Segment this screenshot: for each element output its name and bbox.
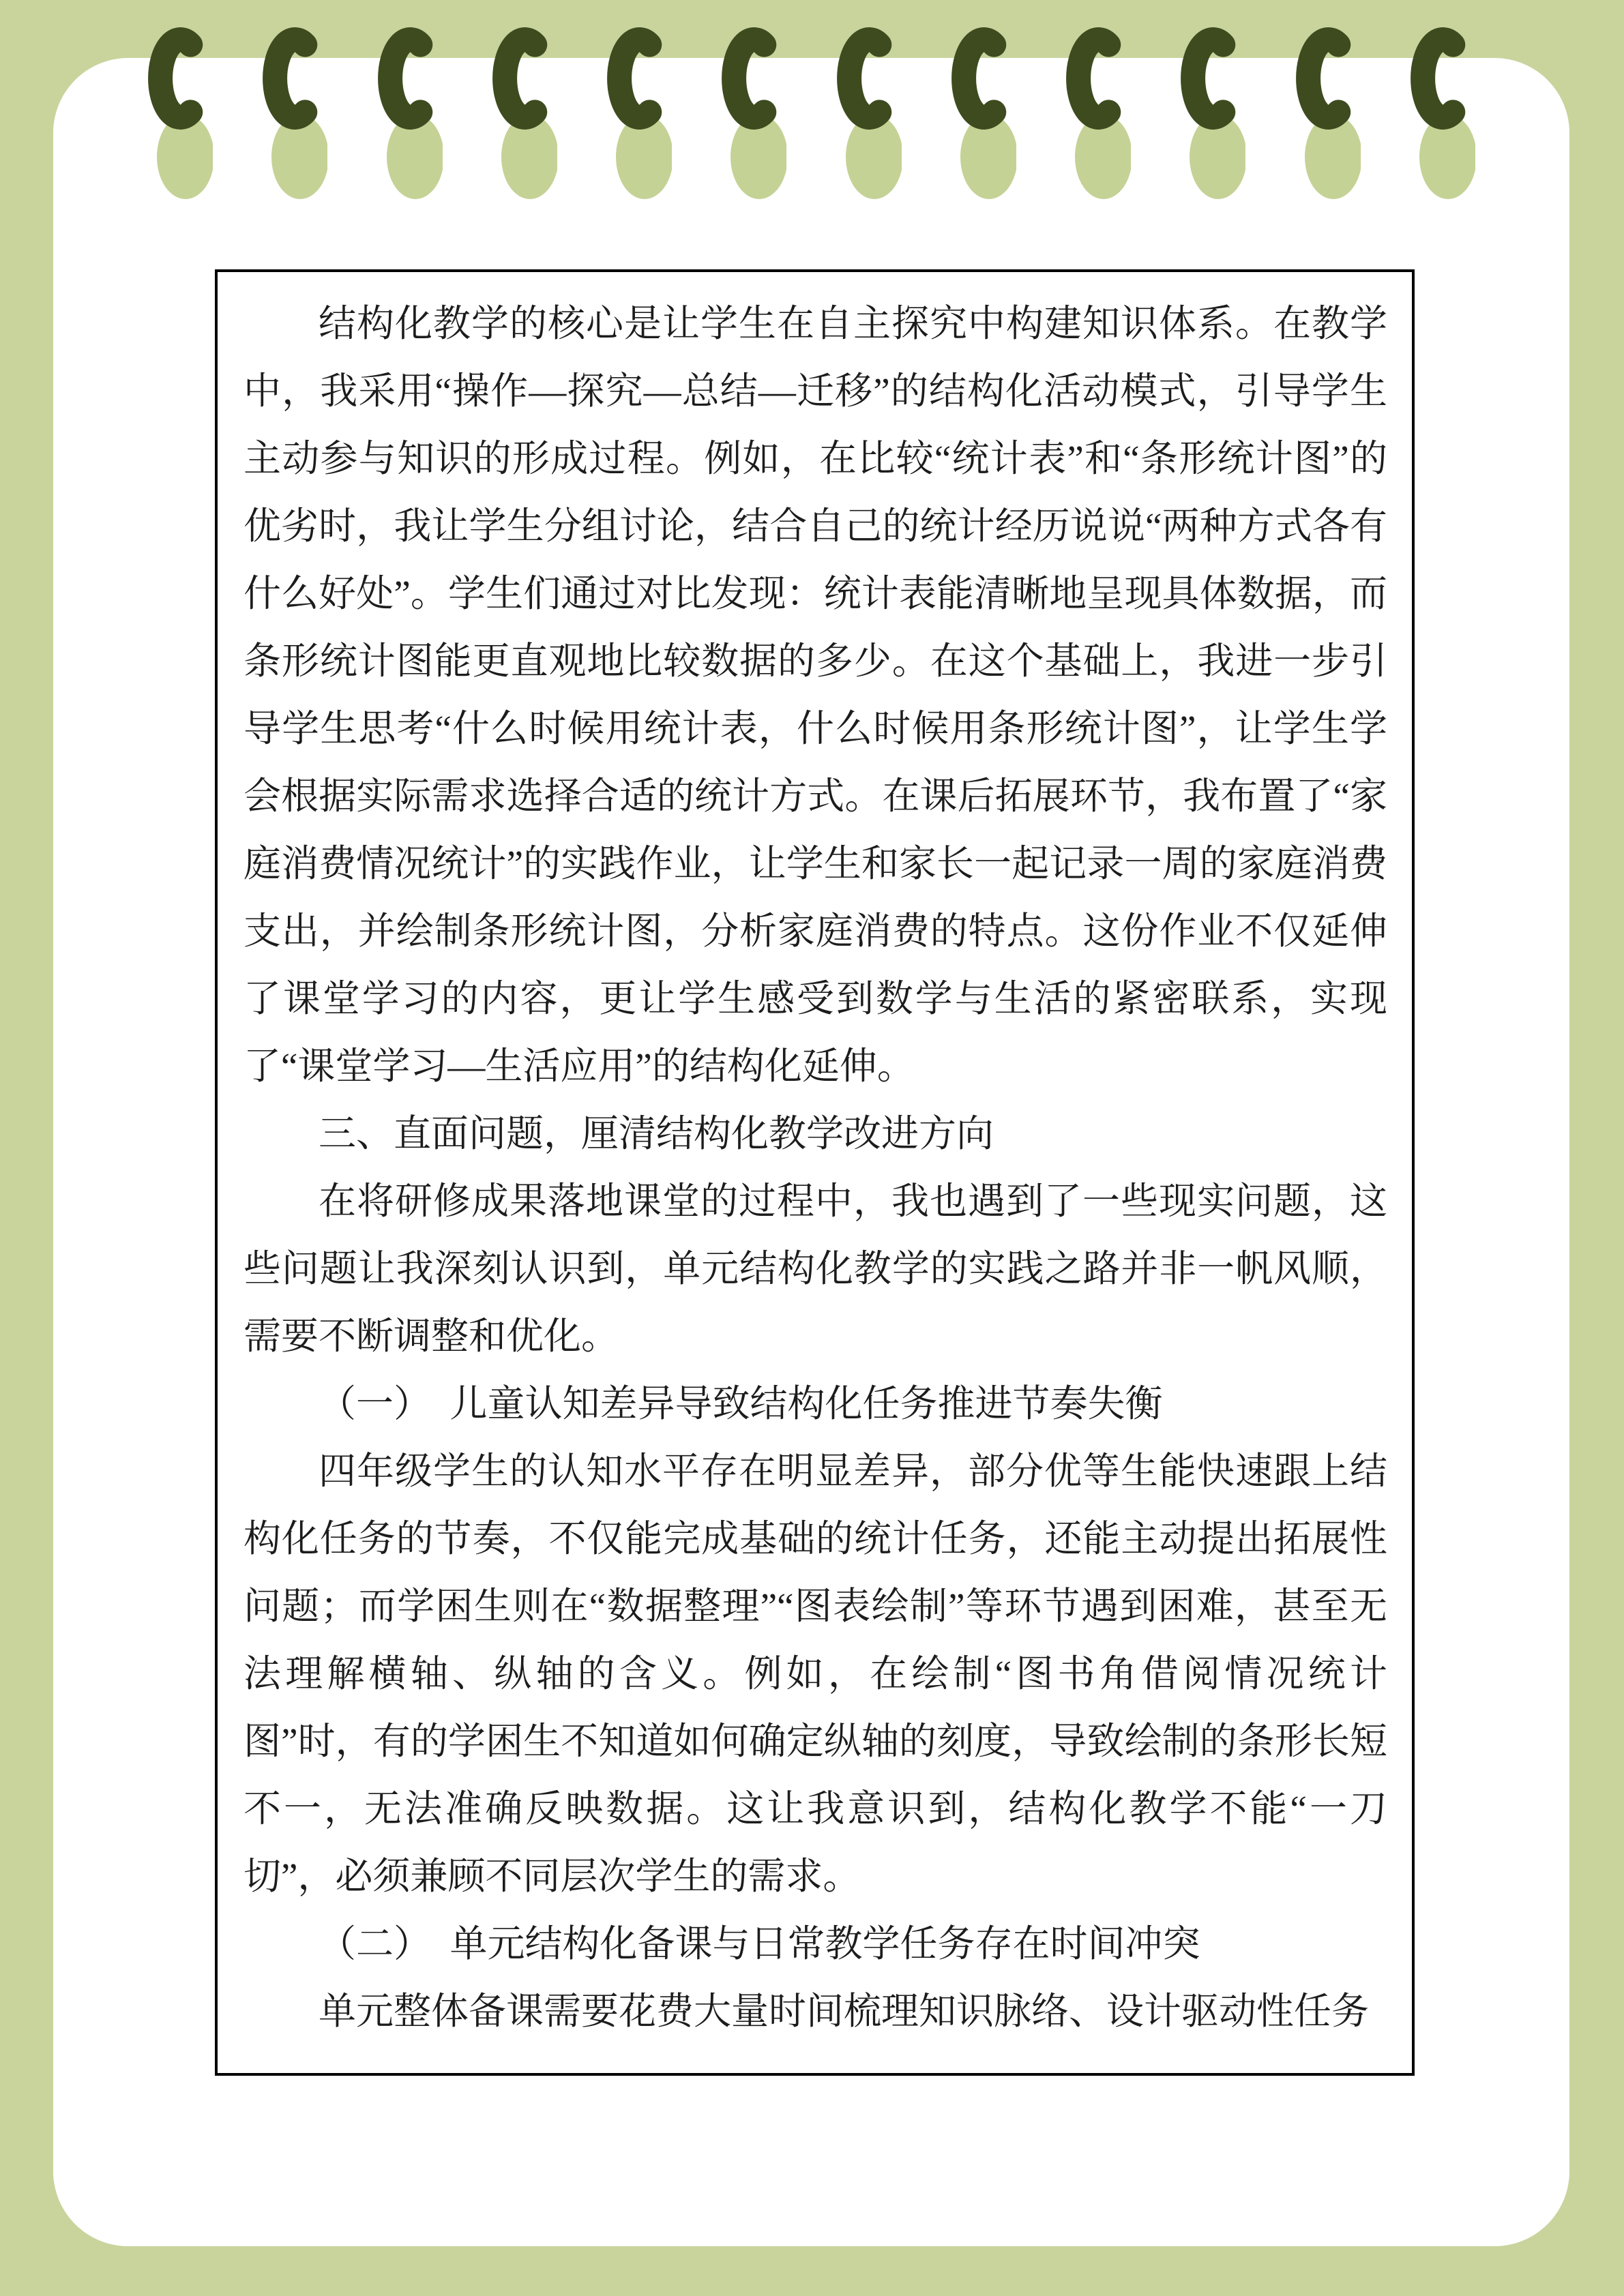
paragraph-text: 四年级学生的认知水平存在明显差异，部分优等生能快速跟上结构化任务的节奏，不仅能完…	[243, 1437, 1387, 1910]
spiral-ring-icon	[378, 27, 443, 205]
spiral-ring-icon	[837, 27, 902, 205]
spiral-ring-icon	[1181, 27, 1245, 205]
spiral-ring-icon	[722, 27, 786, 205]
subsection-heading: （二） 单元结构化备课与日常教学任务存在时间冲突	[243, 1910, 1387, 1978]
spiral-ring-icon	[263, 27, 327, 205]
spiral-ring-icon	[1296, 27, 1361, 205]
page-background: { "theme": { "background_green": "#c8d49…	[0, 0, 1624, 2296]
spiral-ring-icon	[1066, 27, 1131, 205]
spiral-ring-icon	[951, 27, 1016, 205]
paragraph-text: 单元整体备课需要花费大量时间梳理知识脉络、设计驱动性任务	[243, 1978, 1387, 2045]
paragraph-text: 在将研修成果落地课堂的过程中，我也遇到了一些现实问题，这些问题让我深刻认识到，单…	[243, 1167, 1387, 1370]
spiral-binding	[148, 27, 1475, 205]
section-heading: 三、直面问题，厘清结构化教学改进方向	[243, 1100, 1387, 1167]
paragraph-text: 结构化教学的核心是让学生在自主探究中构建知识体系。在教学中，我采用“操作—探究—…	[243, 290, 1387, 1100]
spiral-ring-icon	[492, 27, 557, 205]
spiral-ring-icon	[607, 27, 672, 205]
text-frame: 结构化教学的核心是让学生在自主探究中构建知识体系。在教学中，我采用“操作—探究—…	[215, 269, 1415, 2076]
spiral-ring-icon	[1411, 27, 1475, 205]
spiral-ring-icon	[148, 27, 213, 205]
subsection-heading: （一） 儿童认知差异导致结构化任务推进节奏失衡	[243, 1370, 1387, 1437]
